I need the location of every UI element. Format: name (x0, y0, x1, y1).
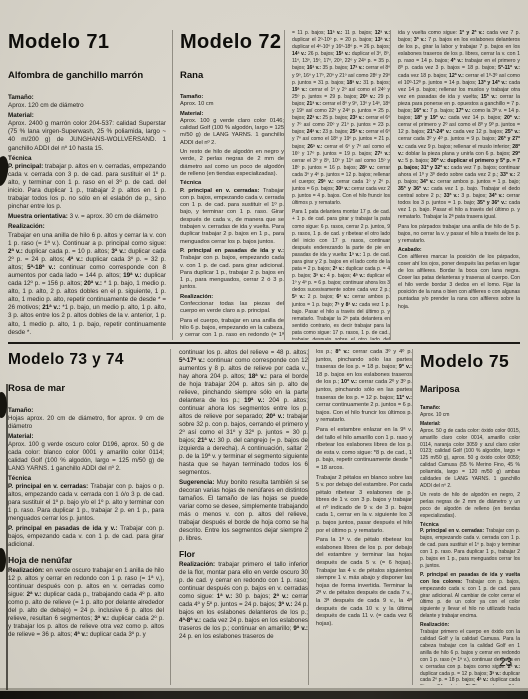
text-run: continuar los p. altos del relieve = 48 … (179, 349, 308, 356)
section-top: Modelo 71Alfombra de ganchillo marrónTam… (8, 30, 520, 340)
model-subtitle: Rosa de mar (8, 384, 164, 394)
text-run: Confeccionar todas las piezas del cuerpo… (180, 301, 284, 314)
text-run: los p.; (316, 349, 335, 355)
text-run: cerrar continuamente 2 p. juntos = 6 p. … (316, 402, 412, 423)
field-label: Tamaño: (8, 94, 166, 102)
model-subtitle: Mariposa (420, 384, 520, 394)
text-run: Aprox. 100 g verde claro color 0146; cal… (180, 118, 284, 146)
round-marker: 3ª v.: (313, 273, 325, 279)
round-marker: 12ª v.: (375, 30, 390, 36)
text-run: Aprox. 10 cm (420, 412, 449, 418)
paragraph: Realización: trabajar primero el tallo i… (179, 561, 308, 641)
round-marker: 2ª v.: (27, 591, 42, 598)
model-heading: Modelo 71 (8, 32, 166, 52)
text-run: cada vez 12 p. bajos; (452, 129, 505, 135)
round-marker: 10ª v.: (341, 379, 357, 385)
text-run: Para la 1ª v. de pétalo ribetear los esl… (316, 537, 412, 627)
text-run: Aprox. 2400 g marrón color 204-537: cali… (8, 120, 166, 151)
paragraph: Muestra orientativa: 3 v. = aprox. 30 cm… (8, 213, 166, 221)
round-marker: 28ª v.: (359, 165, 374, 171)
paragraph: Aprox. 2400 g marrón color 204-537: cali… (8, 120, 166, 152)
round-marker: Muestra orientativa: (8, 213, 70, 220)
round-marker: 13ª y 14ª v.: (478, 80, 507, 86)
paragraph: P. principal en pasadas de ida y vuelta … (420, 572, 520, 620)
text-run: Hojas aprox. 20 cm de diámetro, flor apr… (8, 415, 164, 430)
paragraph: Un resto de hilo de algodón en negro y v… (180, 149, 284, 178)
scan-edge-bottom (0, 691, 528, 699)
round-marker: 18ª v.: (347, 80, 362, 86)
paragraph: Trabajar en una anilla de hilo 6 p. alto… (8, 232, 166, 337)
round-marker: 17ª v.: (350, 65, 364, 71)
round-marker: P. principal en pasadas de ida y v.: (180, 248, 284, 254)
text-run: duplicar cada 3º p. y (88, 631, 146, 638)
text-run: Para 1 pata delantera montar 17 p. de ca… (292, 209, 390, 258)
scan-spine-line (6, 384, 8, 690)
text-run: Aprox. 120 cm de diámetro (8, 102, 84, 109)
section-bottom: Modelo 73 y 74Rosa de marTamaño:Hojas ap… (8, 349, 520, 685)
round-marker: 8ª v.: (335, 349, 349, 355)
round-marker: 9ª v.: (399, 364, 412, 370)
round-marker: P. principal: (8, 163, 45, 170)
round-marker: 7ª y 8ª v.: (335, 302, 358, 308)
model-heading: Modelo 72 (180, 32, 284, 52)
round-marker: 14ª v.: (292, 51, 306, 57)
page-number: 23 (499, 657, 512, 669)
paragraph: Realización: en verde oscuro trabajar en… (8, 567, 164, 639)
text-run: Trabajar con p. bajos, empezando cada v.… (420, 579, 520, 620)
round-marker: 34ª v.: (420, 179, 435, 185)
field-label: Realización: (180, 294, 284, 301)
round-marker: 13ª v.: (375, 37, 390, 43)
text-run: 35 p. bajos; (321, 65, 350, 71)
round-marker: 21ª v.: (42, 304, 60, 311)
field-label: Tamaño: (180, 94, 284, 101)
text-run: Para el cuerpo, trabajar en una anilla d… (180, 318, 284, 340)
text-run: Un resto de hilo de algodón en negro y v… (180, 149, 284, 177)
paragraph: Para el estambre enlazar en la 9ª v. del… (316, 427, 412, 473)
field-label: Acabado: (398, 247, 520, 254)
text-run: 30 p. bajos; (232, 593, 273, 600)
text-run: doblar la pieza plana y unirla con 6 p. … (404, 151, 513, 157)
text-run: 7 p. bajos; (428, 108, 455, 114)
paragraph: continuar los p. altos del relieve = 48 … (179, 349, 308, 477)
field-label: Técnica (180, 180, 284, 187)
text-run: 2 p. bajos; (305, 294, 337, 300)
column: Modelo 75MariposaTamaño:Aprox. 10 cmMate… (412, 349, 520, 685)
round-marker: 21ª v.: (198, 437, 216, 444)
text-run: Trabajar con p. bajos, empezando cada v.… (180, 188, 284, 245)
round-marker: 15ª v.: (336, 51, 350, 57)
column: los p.; 8ª v.: cerrar cada 3º y 4º p. ju… (308, 349, 412, 685)
round-marker: 22ª v.: (307, 115, 321, 121)
paragraph: P. principal en pasadas de ida y v.: Tra… (180, 248, 284, 292)
round-marker: 5ª-11ª v.: (498, 65, 520, 71)
round-marker: 34ª v.: (489, 193, 505, 199)
text-run: trabajar p. altos en v. cerradas, empeza… (8, 163, 166, 210)
round-marker: 2ª v.: (8, 248, 23, 255)
section-divider (8, 342, 520, 344)
round-marker: 4ª-8ª v.: (179, 617, 201, 624)
paragraph: Para la 1ª v. de pétalo ribetear los esl… (316, 537, 412, 628)
text-run: cerrar ambos p. juntos = 1 p. bajo; (435, 179, 520, 185)
paragraph: Confeccionar todas las piezas del cuerpo… (180, 301, 284, 316)
paragraph: Para el cuerpo, trabajar en una anilla d… (180, 318, 284, 340)
round-marker: 4ª v.: (67, 256, 83, 263)
paragraph: Sugerencia: Muy bonito resulta también s… (179, 479, 308, 543)
round-marker: 12ª v.: (449, 73, 464, 79)
column: Modelo 73 y 74Rosa de marTamaño:Hojas ap… (8, 349, 170, 685)
round-marker: 31ª y 32ª v.: (421, 165, 449, 171)
round-marker: 3ª v.: (414, 37, 426, 43)
paragraph: P. principal: trabajar p. altos en v. ce… (8, 163, 166, 212)
field-label: Material: (420, 421, 520, 428)
round-marker: 19ª v.: (292, 87, 307, 93)
paragraph: Aprox. 50 g de cada color: óxido color 0… (420, 428, 520, 490)
paragraph: P. principal en v. cerradas: Trabajar co… (420, 528, 520, 569)
round-marker: 15ª v.: (481, 94, 497, 100)
paragraph: Aprox. 100 g verde claro color 0146; cal… (180, 118, 284, 147)
paragraph: Un resto de hilo de algodón en negro, 2 … (420, 492, 520, 520)
text-run: ida y vuelta como sigue: (398, 30, 459, 36)
paragraph: P. principal en pasadas de ida y v.: Tra… (8, 525, 164, 549)
column: continuar los p. altos del relieve = 48 … (170, 349, 308, 685)
round-marker: 33ª v.: (500, 172, 515, 178)
round-marker: 3ª v.: (111, 248, 126, 255)
round-marker: 3ª v.: (94, 615, 109, 622)
text-run: duplicar el 4º-10º y 16º-18º p. = 26 p. … (292, 44, 390, 50)
text-run: Un resto de hilo de algodón en negro, 2 … (420, 492, 520, 519)
subsection-heading: Hoja de nenúfar (8, 556, 164, 565)
text-run: cada vez 18 p. bajos; (398, 73, 449, 79)
paragraph: Aprox. 120 cm de diámetro (8, 102, 166, 110)
round-marker: 4ª v.: (451, 58, 463, 64)
column: Modelo 72RanaTamaño:Aprox. 10 cmMaterial… (172, 30, 284, 340)
text-run: 24 p. en los eslabones traseros de (179, 633, 274, 640)
round-marker: 2ª v.: (271, 340, 284, 341)
round-marker: 5ª-17ª v.: (179, 357, 205, 364)
round-marker: 29ª v.: (318, 179, 334, 185)
field-label: Técnica (8, 155, 166, 163)
field-label: Realización: (420, 622, 520, 629)
round-marker: 16ª v.: (307, 65, 321, 71)
round-marker: 5ª-8ª v.: (466, 684, 484, 685)
round-marker: 20ª v.: (266, 413, 284, 420)
paragraph: Para los párpados trabajar una anilla de… (398, 224, 520, 245)
round-marker: 30ª v.: (336, 186, 350, 192)
round-marker: 1ª v.: (217, 593, 233, 600)
text-run: Para el estambre enlazar en la 9ª v. del… (316, 427, 412, 471)
field-label: Material: (8, 112, 166, 120)
text-run: cada vez 9 p. bajos; rellenar el muslo i… (404, 144, 513, 150)
paragraph: Aprox. 10 cm (180, 101, 284, 108)
text-run: Aprox. 100 g verde oscuro color D196, ap… (8, 441, 164, 472)
text-run: duplicar cada p. = 10 p. altos; (23, 248, 112, 255)
paragraph: Hojas aprox. 20 cm de diámetro, flor apr… (8, 415, 164, 431)
round-marker: 17ª v.: (456, 108, 471, 114)
round-marker: 20ª v.: (84, 280, 102, 287)
round-marker: 33ª v.: (444, 193, 460, 199)
text-run: cada vez 14 p. bajos; (446, 115, 504, 121)
paragraph: P. principal en v. cerradas: Trabajar co… (8, 483, 164, 523)
round-marker: P. principal en pasadas de ida y v.: (8, 525, 120, 532)
text-run: cerrar cada 3º y 4º p. juntos = 9 p. baj… (398, 136, 498, 142)
text-run: 5 p. bajos; (404, 158, 431, 164)
paragraph: Aprox. 100 g verde oscuro color D196, ap… (8, 441, 164, 473)
round-marker: 19ª v.: (123, 272, 142, 279)
paragraph: los p.; 8ª v.: cerrar cada 3º y 4º p. ju… (316, 349, 412, 425)
round-marker: Sugerencia: (179, 479, 217, 486)
paragraph: Trabajar 2 pétalos en blanco sobre las 5… (316, 475, 412, 536)
paragraph: Para 1 pata delantera montar 17 p. de ca… (292, 209, 390, 340)
field-label: Material: (8, 433, 164, 441)
round-marker: 21ª v.: (307, 101, 321, 107)
round-marker: P. principal en v. cerradas: (180, 188, 263, 194)
round-marker: 23ª v.: (350, 115, 364, 121)
text-run: Con alfileres marcar la posición de los … (398, 254, 520, 310)
round-marker: 4ª v.: (477, 677, 489, 683)
text-run: duplicar cada p. = 12 p. bajos; (420, 671, 489, 677)
model-heading: Modelo 73 y 74 (8, 352, 164, 368)
round-marker: 4ª v.: (353, 273, 365, 279)
round-marker: 25ª v.: (350, 129, 364, 135)
round-marker: Realización: (8, 567, 46, 574)
round-marker: 4ª v.: (74, 631, 88, 638)
text-run: 3 v. = aprox. 30 cm de diámetro (70, 213, 158, 220)
model-heading: Modelo 75 (420, 352, 520, 370)
round-marker: 24ª v.: (307, 129, 321, 135)
round-marker: 5ª-18ª v.: (27, 264, 55, 271)
text-run: Aprox. 10 cm (180, 101, 214, 107)
text-run: 3 p. bajos; (459, 193, 489, 199)
round-marker: 20ª v.: (360, 94, 375, 100)
field-label: Tamaño: (8, 407, 164, 415)
subsection-heading: Flor (179, 550, 308, 559)
round-marker: 5ª v.: (292, 294, 305, 300)
magazine-page: Modelo 71Alfombra de ganchillo marrónTam… (0, 0, 528, 699)
round-marker: P. principal en v. cerradas: (420, 528, 486, 534)
round-marker: 6ª v.: (336, 294, 349, 300)
round-marker: 35ª y 36ª v.: (398, 186, 429, 192)
field-label: Técnica (8, 475, 164, 483)
text-run: 26 p. bajos; (306, 51, 335, 57)
text-run: 31 p. bajos; (361, 80, 390, 86)
round-marker: 11ª v.: (396, 395, 412, 401)
text-run: Para los párpados trabajar una anilla de… (398, 224, 520, 244)
field-label: Técnica (420, 522, 520, 529)
round-marker: 2ª v.: (333, 266, 345, 272)
round-marker: 18ª y 19ª v.: (414, 115, 445, 121)
text-run: = 11 p. bajos; (292, 30, 327, 36)
field-label: Material: (180, 111, 284, 118)
round-marker: 19ª v.: (244, 397, 264, 404)
round-marker: 25ª v.: (505, 129, 520, 135)
text-run: Trabajar 2 pétalos en blanco sobre las 5… (316, 475, 412, 534)
paragraph: Con alfileres marcar la posición de los … (398, 254, 520, 311)
text-run: 23 p. bajos; (321, 129, 350, 135)
round-marker: 26ª v.: (307, 144, 322, 150)
round-marker: 35ª y 36ª v.: (477, 200, 507, 206)
text-run: Trabajar en una anilla de hilo 6 p. alto… (8, 232, 166, 247)
text-run: Muy bonito resulta también si se decoran… (179, 479, 308, 542)
round-marker: 3ª v.: (278, 601, 292, 608)
round-marker: 3ª v.: (489, 671, 501, 677)
paragraph: = 11 p. bajos; 11ª v.: 11 p. bajos; 12ª … (292, 30, 390, 207)
round-marker: 9ª v.: (293, 625, 308, 632)
round-marker: 16ª v.: (413, 108, 428, 114)
round-marker: 1ª y 2ª v.: (459, 30, 484, 36)
round-marker: 27ª v.: (375, 151, 390, 157)
round-marker: Realización: (179, 561, 218, 568)
paragraph: ida y vuelta como sigue: 1ª y 2ª v.: cad… (398, 30, 520, 222)
text-run: Trabajar con p. bajos, empezando cada v.… (180, 255, 284, 290)
text-run: duplicar el 2º-10º p. = 20 p. bajos; (292, 37, 375, 43)
text-run: 4 p. bajos; (325, 273, 353, 279)
round-marker: 20ª v.: (504, 115, 520, 121)
column: ida y vuelta como sigue: 1ª y 2ª v.: cad… (390, 30, 520, 340)
round-marker: 18ª v.: (248, 373, 267, 380)
round-marker: 1ª v.: (349, 252, 361, 258)
round-marker: 21ª-24ª v.: (427, 129, 451, 135)
model-subtitle: Alfombra de ganchillo marrón (8, 71, 166, 81)
text-run: Trabajar con p. bajos, empezando cada v.… (420, 528, 520, 569)
model-subtitle: Rana (180, 71, 284, 81)
paragraph: P. principal en v. cerradas: Trabajar co… (180, 188, 284, 246)
round-marker: 11ª v.: (327, 30, 342, 36)
text-run: 11 p. bajos; (342, 30, 374, 36)
paragraph: Aprox. 10 cm (420, 412, 520, 419)
text-run: 25 p. bajos; (321, 115, 350, 121)
field-label: Realización: (8, 223, 166, 231)
field-label: Tamaño: (420, 405, 520, 412)
round-marker: 2ª v.: (273, 593, 289, 600)
round-marker: P. principal en v. cerradas: (8, 483, 91, 490)
column: = 11 p. bajos; 11ª v.: 11 p. bajos; 12ª … (284, 30, 390, 340)
text-run: Aprox. 50 g de cada color: óxido color 0… (420, 428, 520, 489)
column: Modelo 71Alfombra de ganchillo marrónTam… (8, 30, 172, 340)
